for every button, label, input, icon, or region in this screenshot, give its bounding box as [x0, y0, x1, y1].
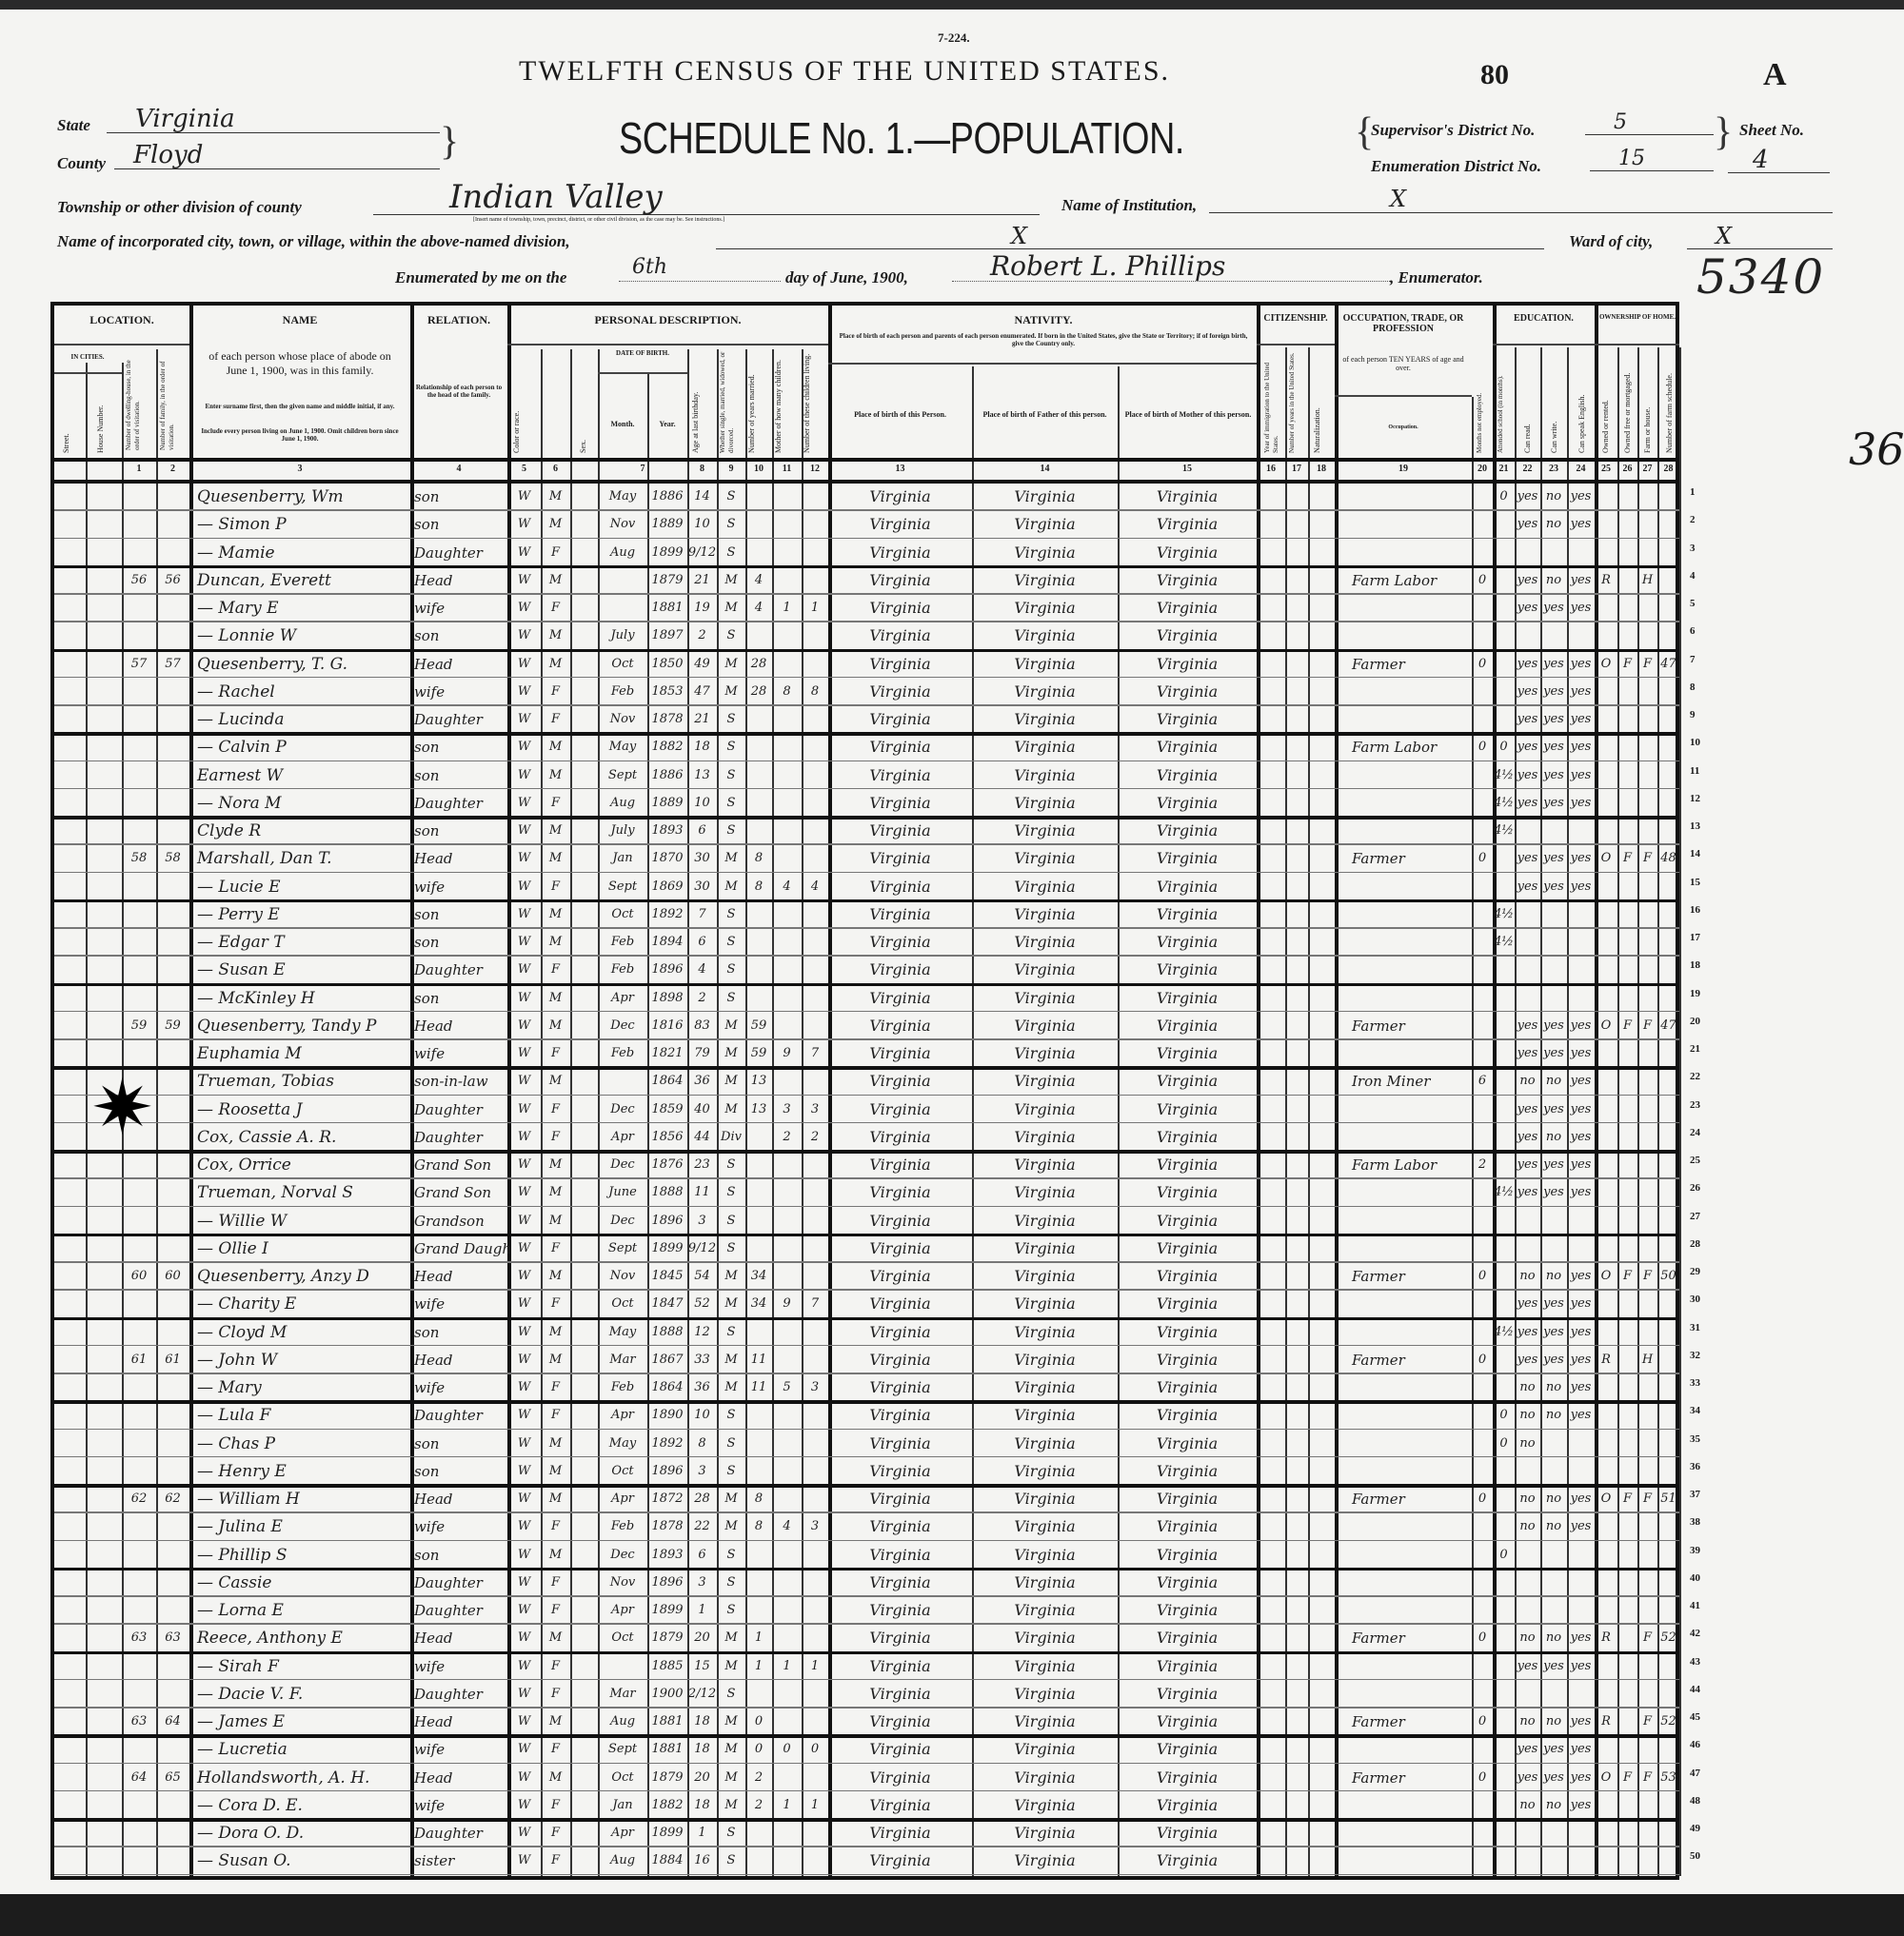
- header-attended-school: Attended school (in months).: [1497, 344, 1505, 453]
- cell-mar: M: [717, 1014, 745, 1038]
- cell-name: — John W: [189, 1348, 418, 1373]
- census-row: — Perry EsonWMOct18927SVirginiaVirginiaV…: [54, 900, 1683, 928]
- cell-write: [1540, 1571, 1567, 1595]
- cell-color: W: [507, 1793, 541, 1818]
- cell-rel: wife: [410, 1737, 511, 1762]
- cell-fh: F: [1637, 1264, 1657, 1289]
- cell-bm: Virginia: [1118, 1793, 1257, 1818]
- cell-unemp: [1472, 596, 1493, 621]
- cell-year: 1885: [647, 1654, 687, 1679]
- line-number: 45: [1690, 1711, 1700, 1723]
- cell-occ: Farmer: [1335, 1264, 1489, 1289]
- cell-sex: F: [541, 707, 570, 732]
- cell-sex: F: [541, 1571, 570, 1595]
- cell-dw: [122, 1209, 156, 1234]
- cell-name: — Edgar T: [189, 930, 418, 955]
- cell-bm: Virginia: [1118, 1514, 1257, 1539]
- cell-farm: [1657, 1432, 1679, 1456]
- cell-occ: [1335, 1682, 1489, 1707]
- cell-farm: 52: [1657, 1626, 1679, 1650]
- cell-fm: [1617, 1041, 1637, 1066]
- margin-annotation: 36: [1849, 424, 1904, 475]
- cell-read: yes: [1515, 512, 1540, 537]
- cell-farm: [1657, 958, 1679, 982]
- header-house-number: House Number.: [96, 372, 105, 453]
- column-number: 1: [122, 464, 156, 474]
- cell-bf: Virginia: [972, 1571, 1118, 1595]
- cell-eng: [1567, 986, 1595, 1011]
- cell-ym: 8: [745, 1487, 772, 1511]
- cell-color: W: [507, 1069, 541, 1094]
- cell-cl: [802, 707, 828, 732]
- cell-school: [1493, 596, 1515, 621]
- cell-fam: 62: [156, 1487, 189, 1511]
- cell-cb: [772, 1709, 802, 1734]
- cell-ym: [745, 707, 772, 732]
- cell-occ: [1335, 596, 1489, 621]
- cell-color: W: [507, 1125, 541, 1150]
- state-county-brace: }: [440, 119, 459, 165]
- cell-name: — Rachel: [189, 680, 418, 704]
- cell-year: 1821: [647, 1041, 687, 1066]
- cell-bf: Virginia: [972, 1348, 1118, 1373]
- cell-occ: [1335, 1432, 1489, 1456]
- cell-fh: [1637, 1403, 1657, 1428]
- cell-dw: [122, 707, 156, 732]
- form-number: 7-224.: [938, 30, 970, 46]
- cell-bm: Virginia: [1118, 902, 1257, 927]
- cell-sex: F: [541, 1375, 570, 1400]
- cell-fh: [1637, 819, 1657, 843]
- cell-dw: [122, 680, 156, 704]
- cell-read: no: [1515, 1514, 1540, 1539]
- cell-write: [1540, 541, 1567, 565]
- cell-unemp: 2: [1472, 1153, 1493, 1177]
- group-relation: RELATION.: [410, 313, 507, 327]
- cell-school: [1493, 1153, 1515, 1177]
- cell-year: 1898: [647, 986, 687, 1011]
- cell-cb: [772, 1821, 802, 1846]
- cell-fam: [156, 1682, 189, 1707]
- cell-sex: M: [541, 846, 570, 871]
- cell-bp: Virginia: [828, 568, 972, 593]
- cell-name: Trueman, Tobias: [189, 1069, 418, 1094]
- cell-cl: [802, 1598, 828, 1623]
- cell-write: [1540, 986, 1567, 1011]
- cell-year: 1864: [647, 1375, 687, 1400]
- cell-cl: 1: [802, 596, 828, 621]
- cell-occ: Farm Labor: [1335, 735, 1489, 760]
- cell-write: yes: [1540, 680, 1567, 704]
- cell-eng: yes: [1567, 1403, 1595, 1428]
- cell-name: Clyde R: [189, 819, 418, 843]
- cell-own: O: [1595, 1487, 1617, 1511]
- cell-sex: M: [541, 1153, 570, 1177]
- cell-fm: [1617, 1709, 1637, 1734]
- line-number: 18: [1690, 959, 1700, 971]
- cell-school: [1493, 707, 1515, 732]
- census-row: 6262— William HHeadWMApr187228M8Virginia…: [54, 1485, 1683, 1512]
- cell-occ: [1335, 1821, 1489, 1846]
- cell-farm: [1657, 1682, 1679, 1707]
- cell-read: yes: [1515, 1766, 1540, 1790]
- cell-occ: Farmer: [1335, 1014, 1489, 1038]
- cell-unemp: 0: [1472, 1264, 1493, 1289]
- cell-name: — Charity E: [189, 1292, 418, 1316]
- cell-age: 20: [687, 1766, 717, 1790]
- cell-mar: M: [717, 846, 745, 871]
- cell-read: [1515, 819, 1540, 843]
- cell-fh: F: [1637, 1014, 1657, 1038]
- cell-farm: [1657, 1097, 1679, 1122]
- cell-cb: [772, 707, 802, 732]
- cell-dw: [122, 1543, 156, 1568]
- cell-school: [1493, 1709, 1515, 1734]
- cell-fh: [1637, 1292, 1657, 1316]
- census-row: 6465Hollandsworth, A. H.HeadWMOct187920M…: [54, 1764, 1683, 1791]
- census-row: — Lorna EDaughterWFApr18991SVirginiaVirg…: [54, 1596, 1683, 1624]
- cell-own: [1595, 1292, 1617, 1316]
- cell-write: yes: [1540, 1654, 1567, 1679]
- cell-eng: yes: [1567, 1626, 1595, 1650]
- cell-color: W: [507, 791, 541, 816]
- cell-mar: M: [717, 652, 745, 677]
- cell-occ: Farmer: [1335, 1348, 1489, 1373]
- cell-eng: yes: [1567, 568, 1595, 593]
- cell-year: 1882: [647, 735, 687, 760]
- cell-own: [1595, 1432, 1617, 1456]
- column-number: 12: [802, 464, 828, 474]
- cell-rel: Grand Son: [410, 1153, 511, 1177]
- county-field: Floyd: [114, 143, 440, 169]
- cell-mar: S: [717, 958, 745, 982]
- cell-ym: 11: [745, 1375, 772, 1400]
- name-description: of each person whose place of abode on J…: [199, 349, 401, 378]
- cell-fm: [1617, 1543, 1637, 1568]
- cell-school: 0: [1493, 1432, 1515, 1456]
- cell-unemp: 0: [1472, 1766, 1493, 1790]
- cell-fm: [1617, 1180, 1637, 1205]
- cell-eng: yes: [1567, 846, 1595, 871]
- cell-bf: Virginia: [972, 484, 1118, 509]
- cell-bf: Virginia: [972, 1543, 1118, 1568]
- cell-age: 18: [687, 1793, 717, 1818]
- cell-bf: Virginia: [972, 1180, 1118, 1205]
- cell-color: W: [507, 986, 541, 1011]
- cell-ym: [745, 763, 772, 788]
- state-label: State: [57, 116, 90, 135]
- cell-school: [1493, 1125, 1515, 1150]
- cell-cb: [772, 623, 802, 648]
- cell-write: no: [1540, 1487, 1567, 1511]
- cell-cl: [802, 512, 828, 537]
- cell-unemp: 0: [1472, 846, 1493, 871]
- cell-cl: 4: [802, 875, 828, 899]
- cell-rel: Daughter: [410, 1125, 511, 1150]
- cell-bf: Virginia: [972, 1209, 1118, 1234]
- cell-farm: [1657, 819, 1679, 843]
- cell-fh: [1637, 1459, 1657, 1484]
- cell-year: 1900: [647, 1682, 687, 1707]
- cell-rel: Grand Daughter: [410, 1236, 511, 1261]
- cell-bm: Virginia: [1118, 1320, 1257, 1345]
- cell-fh: [1637, 1514, 1657, 1539]
- column-number: 24: [1567, 464, 1595, 474]
- cell-name: — Lula F: [189, 1403, 418, 1428]
- cell-farm: [1657, 763, 1679, 788]
- cell-bf: Virginia: [972, 930, 1118, 955]
- cell-school: [1493, 986, 1515, 1011]
- line-number: 44: [1690, 1684, 1700, 1695]
- cell-read: yes: [1515, 1014, 1540, 1038]
- cell-unemp: [1472, 680, 1493, 704]
- cell-color: W: [507, 1375, 541, 1400]
- cell-bp: Virginia: [828, 1264, 972, 1289]
- cell-read: yes: [1515, 596, 1540, 621]
- cell-sex: F: [541, 1403, 570, 1428]
- state-field: Virginia: [107, 107, 440, 133]
- cell-farm: [1657, 930, 1679, 955]
- cell-fm: [1617, 958, 1637, 982]
- cell-mar: S: [717, 1459, 745, 1484]
- cell-mar: S: [717, 541, 745, 565]
- cell-sex: M: [541, 735, 570, 760]
- cell-fam: 60: [156, 1264, 189, 1289]
- header-rule: [507, 344, 828, 346]
- census-row: 5858Marshall, Dan T.HeadWMJan187030M8Vir…: [54, 844, 1683, 872]
- cell-school: [1493, 568, 1515, 593]
- cell-dw: [122, 1292, 156, 1316]
- cell-ym: [745, 1236, 772, 1261]
- column-number: 4: [410, 464, 507, 474]
- cell-age: 15: [687, 1654, 717, 1679]
- cell-bf: Virginia: [972, 1153, 1118, 1177]
- cell-month: May: [598, 735, 647, 760]
- cell-cl: 7: [802, 1041, 828, 1066]
- cell-month: Mar: [598, 1348, 647, 1373]
- cell-mar: M: [717, 875, 745, 899]
- cell-bp: Virginia: [828, 623, 972, 648]
- cell-age: 47: [687, 680, 717, 704]
- cell-own: O: [1595, 1264, 1617, 1289]
- cell-fam: [156, 1821, 189, 1846]
- cell-occ: [1335, 1209, 1489, 1234]
- cell-occ: [1335, 1514, 1489, 1539]
- cell-sex: F: [541, 1041, 570, 1066]
- cell-bp: Virginia: [828, 541, 972, 565]
- column-number: 5: [507, 464, 541, 474]
- cell-ym: [745, 902, 772, 927]
- header-rule: [1335, 395, 1472, 397]
- cell-fm: [1617, 735, 1637, 760]
- cell-month: Apr: [598, 1821, 647, 1846]
- cell-cb: 1: [772, 1793, 802, 1818]
- cell-bf: Virginia: [972, 568, 1118, 593]
- cell-occ: Farmer: [1335, 1487, 1489, 1511]
- cell-rel: wife: [410, 1375, 511, 1400]
- cell-name: — Dacie V. F.: [189, 1682, 418, 1707]
- header-can-read: Can read.: [1523, 391, 1532, 453]
- cell-fh: [1637, 1180, 1657, 1205]
- cell-farm: [1657, 1598, 1679, 1623]
- cell-cb: [772, 902, 802, 927]
- cell-bp: Virginia: [828, 1069, 972, 1094]
- cell-cl: [802, 763, 828, 788]
- cell-mar: M: [717, 1292, 745, 1316]
- cell-ym: [745, 735, 772, 760]
- cell-name: — William H: [189, 1487, 418, 1511]
- cell-age: 36: [687, 1069, 717, 1094]
- cell-unemp: [1472, 1209, 1493, 1234]
- cell-write: yes: [1540, 846, 1567, 871]
- cell-ym: [745, 1598, 772, 1623]
- cell-year: 1878: [647, 1514, 687, 1539]
- cell-bf: Virginia: [972, 623, 1118, 648]
- cell-read: [1515, 1543, 1540, 1568]
- cell-dw: [122, 1041, 156, 1066]
- cell-school: [1493, 1097, 1515, 1122]
- cell-name: — Willie W: [189, 1209, 418, 1234]
- cell-school: [1493, 1766, 1515, 1790]
- cell-fm: F: [1617, 846, 1637, 871]
- cell-read: yes: [1515, 1153, 1540, 1177]
- cell-year: 1889: [647, 791, 687, 816]
- cell-cl: [802, 902, 828, 927]
- cell-age: 10: [687, 1403, 717, 1428]
- cell-unemp: 0: [1472, 1709, 1493, 1734]
- cell-ym: 59: [745, 1014, 772, 1038]
- cell-bf: Virginia: [972, 1626, 1118, 1650]
- cell-unemp: [1472, 484, 1493, 509]
- cell-bp: Virginia: [828, 596, 972, 621]
- cell-ym: 1: [745, 1626, 772, 1650]
- cell-rel: son: [410, 902, 511, 927]
- census-row: — Susan EDaughterWFFeb18964SVirginiaVirg…: [54, 956, 1683, 983]
- cell-bf: Virginia: [972, 1403, 1118, 1428]
- cell-cl: 0: [802, 1737, 828, 1762]
- cell-ym: [745, 791, 772, 816]
- cell-name: Quesenberry, Anzy D: [189, 1264, 418, 1289]
- cell-name: Quesenberry, Tandy P: [189, 1014, 418, 1038]
- cell-color: W: [507, 1598, 541, 1623]
- cell-sex: M: [541, 986, 570, 1011]
- cell-unemp: [1472, 1514, 1493, 1539]
- cell-farm: [1657, 484, 1679, 509]
- cell-fm: [1617, 1153, 1637, 1177]
- cell-read: [1515, 902, 1540, 927]
- cell-fam: [156, 791, 189, 816]
- cell-own: R: [1595, 1348, 1617, 1373]
- cell-fam: [156, 680, 189, 704]
- cell-read: [1515, 1236, 1540, 1261]
- cell-rel: Daughter: [410, 958, 511, 982]
- ward-field: X: [1687, 225, 1833, 249]
- cell-cb: [772, 1626, 802, 1650]
- header-children-living: Number of these children living.: [803, 344, 811, 453]
- cell-occ: [1335, 1125, 1489, 1150]
- cell-bm: Virginia: [1118, 1292, 1257, 1316]
- cell-fm: [1617, 930, 1637, 955]
- line-number: 22: [1690, 1071, 1700, 1082]
- cell-bp: Virginia: [828, 1598, 972, 1623]
- cell-mar: S: [717, 1821, 745, 1846]
- cell-ym: 34: [745, 1292, 772, 1316]
- census-row: Trueman, Tobiasson-in-lawWM186436M13Virg…: [54, 1067, 1683, 1095]
- cell-dw: [122, 930, 156, 955]
- cell-fam: [156, 1514, 189, 1539]
- cell-bp: Virginia: [828, 902, 972, 927]
- cell-year: 1892: [647, 902, 687, 927]
- cell-bf: Virginia: [972, 1432, 1118, 1456]
- cell-bm: Virginia: [1118, 763, 1257, 788]
- cell-color: W: [507, 846, 541, 871]
- cell-farm: [1657, 541, 1679, 565]
- cell-ym: [745, 1682, 772, 1707]
- cell-bm: Virginia: [1118, 1654, 1257, 1679]
- cell-read: [1515, 623, 1540, 648]
- cell-write: yes: [1540, 1737, 1567, 1762]
- cell-school: 4½: [1493, 930, 1515, 955]
- cell-age: 1: [687, 1821, 717, 1846]
- cell-age: 30: [687, 846, 717, 871]
- cell-occ: Farmer: [1335, 1709, 1489, 1734]
- cell-cb: [772, 1320, 802, 1345]
- cell-school: [1493, 1487, 1515, 1511]
- cell-mar: M: [717, 1069, 745, 1094]
- cell-write: no: [1540, 1403, 1567, 1428]
- cell-rel: son: [410, 1459, 511, 1484]
- cell-year: 1899: [647, 1236, 687, 1261]
- line-number: 41: [1690, 1600, 1700, 1611]
- cell-write: [1540, 1598, 1567, 1623]
- cell-year: 1881: [647, 1737, 687, 1762]
- cell-bp: Virginia: [828, 652, 972, 677]
- cell-bm: Virginia: [1118, 1041, 1257, 1066]
- line-number: 5: [1690, 598, 1696, 609]
- year-header: Year.: [647, 420, 687, 428]
- cell-fm: [1617, 596, 1637, 621]
- cell-cb: 1: [772, 596, 802, 621]
- cell-sex: M: [541, 1180, 570, 1205]
- cell-age: 18: [687, 1709, 717, 1734]
- cell-age: 8: [687, 1432, 717, 1456]
- cell-write: no: [1540, 1709, 1567, 1734]
- line-number: 12: [1690, 793, 1700, 804]
- cell-sex: M: [541, 1432, 570, 1456]
- cell-cl: [802, 1766, 828, 1790]
- cell-fm: [1617, 902, 1637, 927]
- census-row: — Calvin PsonWMMay188218SVirginiaVirgini…: [54, 733, 1683, 761]
- cell-sex: F: [541, 596, 570, 621]
- cell-ym: [745, 986, 772, 1011]
- cell-color: W: [507, 735, 541, 760]
- cell-bp: Virginia: [828, 986, 972, 1011]
- cell-name: — Lonnie W: [189, 623, 418, 648]
- cell-ym: [745, 1403, 772, 1428]
- cell-name: Quesenberry, Wm: [189, 484, 418, 509]
- column-number: 23: [1540, 464, 1567, 474]
- census-row: 5757Quesenberry, T. G.HeadWMOct185049M28…: [54, 650, 1683, 678]
- cell-month: Dec: [598, 1153, 647, 1177]
- cell-age: 2/12: [687, 1682, 717, 1707]
- cell-dw: 56: [122, 568, 156, 593]
- cell-mar: S: [717, 1403, 745, 1428]
- cell-year: 1879: [647, 568, 687, 593]
- cell-bp: Virginia: [828, 1682, 972, 1707]
- header-immigration-year: Year of immigration to the United States…: [1263, 344, 1280, 453]
- cell-month: Sept: [598, 875, 647, 899]
- cell-read: [1515, 541, 1540, 565]
